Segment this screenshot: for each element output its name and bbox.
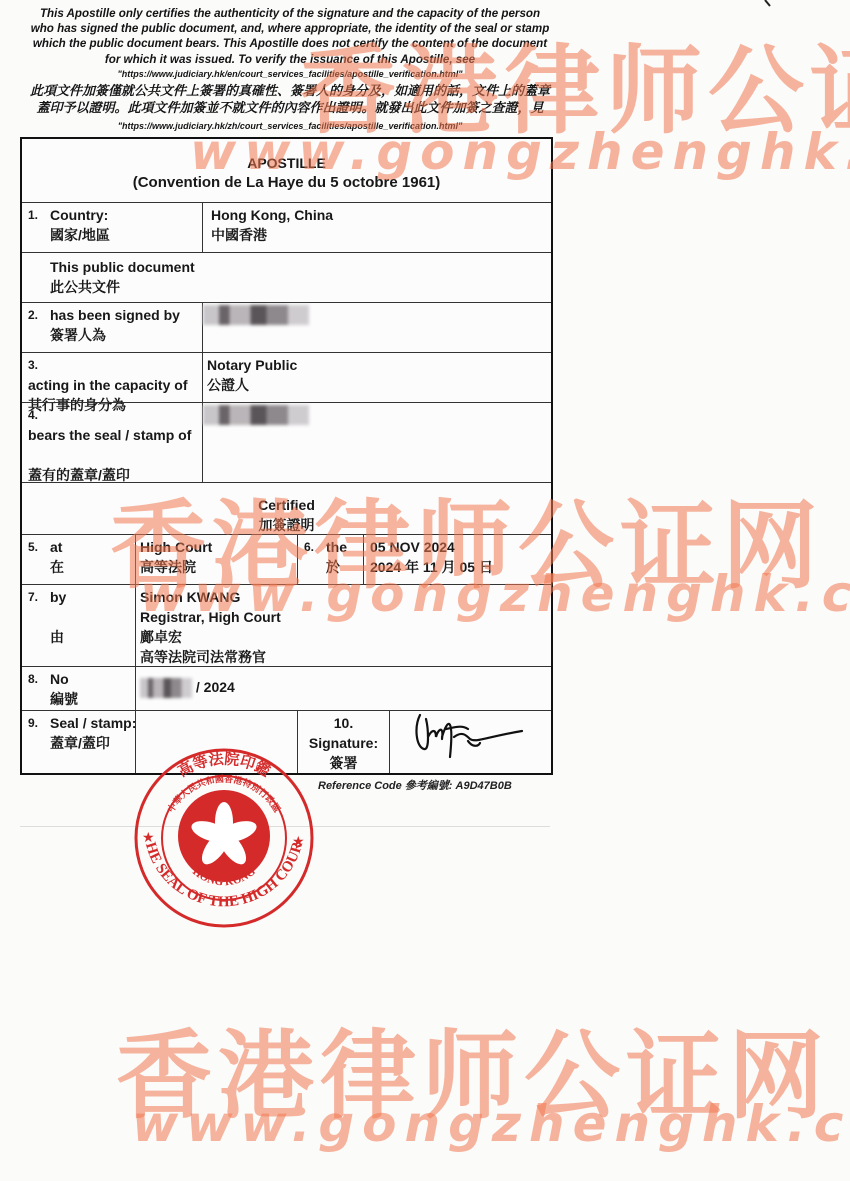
- date-value: 05 NOV 2024: [370, 537, 551, 557]
- number-year: / 2024: [196, 679, 235, 695]
- certified-label: Certified: [22, 495, 551, 515]
- at-label-zh: 在: [50, 557, 64, 577]
- high-court-seal-icon: 高等法院印鑑 中華人民共和國香港特別行政區 THE SEAL OF THE HI…: [126, 748, 322, 928]
- disclaimer: This Apostille only certifies the authen…: [30, 6, 550, 135]
- header-row: APOSTILLE (Convention de La Haye du 5 oc…: [22, 139, 551, 202]
- field-number: 8.: [28, 669, 50, 689]
- field-number: 9.: [28, 713, 50, 733]
- row-capacity: 3.acting in the capacity of其行事的身分為 Notar…: [22, 352, 551, 403]
- field-number: 4.: [28, 405, 50, 425]
- by-label-zh: 由: [50, 627, 66, 647]
- field-number: 10.: [334, 715, 353, 731]
- disclaimer-zh-url[interactable]: "https://www.judiciary.hk/zh/court_servi…: [118, 121, 462, 131]
- at-label: at: [50, 537, 64, 557]
- signature-icon: [406, 707, 526, 762]
- row-seal-of: 4.bears the seal / stamp of蓋有的蓋章/蓋印: [22, 402, 551, 483]
- stray-mark-icon: [764, 0, 772, 8]
- registrar-name-zh: 鄺卓宏: [140, 627, 551, 647]
- field-number: 7.: [28, 587, 50, 607]
- watermark-cn-bottom: 香港律师公证网: [116, 1000, 830, 1137]
- row-number: 8.No編號 / 2024: [22, 666, 551, 711]
- capacity-label: acting in the capacity of: [28, 375, 187, 395]
- signer-name-redacted: [203, 305, 309, 325]
- row-at-date: 5.at在 High Court 高等法院 6.the於 05 NOV 2024…: [22, 534, 551, 585]
- watermark-url-bottom: www.gongzhenghk.com: [132, 1095, 850, 1153]
- svg-text:★: ★: [292, 833, 305, 849]
- signed-by-label: has been signed by: [50, 305, 180, 325]
- the-label-zh: 於: [326, 557, 347, 577]
- disclaimer-en-url[interactable]: "https://www.judiciary.hk/en/court_servi…: [30, 67, 550, 82]
- registrar-title: Registrar, High Court: [140, 607, 551, 627]
- svg-text:★: ★: [142, 829, 155, 845]
- at-value: High Court: [140, 537, 297, 557]
- at-value-zh: 高等法院: [140, 557, 297, 577]
- registrar-title-zh: 高等法院司法常務官: [140, 647, 551, 667]
- row-country: 1.Country:國家/地區 Hong Kong, China 中國香港: [22, 202, 551, 253]
- by-label: by: [50, 587, 66, 607]
- country-value: Hong Kong, China: [211, 205, 551, 225]
- apostille-subtitle: (Convention de La Haye du 5 octobre 1961…: [22, 173, 551, 193]
- seal-stamp-label-zh: 蓋章/蓋印: [50, 733, 136, 753]
- field-number: 5.: [28, 537, 50, 557]
- field-number: 2.: [28, 305, 50, 325]
- capacity-value-zh: 公證人: [207, 375, 551, 395]
- seal-stamp-label: Seal / stamp:: [50, 713, 136, 733]
- date-value-zh: 2024 年 11 月 05 日: [370, 557, 551, 577]
- row-certified: Certified 加簽證明: [22, 482, 551, 535]
- row-signed-by: 2.has been signed by簽署人為: [22, 302, 551, 353]
- seal-owner-redacted: [203, 405, 309, 425]
- public-document-label-zh: 此公共文件: [50, 277, 551, 297]
- seal-of-label: bears the seal / stamp of: [28, 425, 191, 445]
- apostille-certificate: APOSTILLE (Convention de La Haye du 5 oc…: [20, 137, 553, 775]
- the-label: the: [326, 537, 347, 557]
- field-number: 1.: [28, 205, 50, 225]
- disclaimer-zh: 此項文件加簽僅就公共文件上簽署的真確性、簽署人的身分及，如適用的話，文件上的蓋章…: [30, 83, 550, 115]
- country-label: Country:: [50, 205, 110, 225]
- row-by: 7.by由 Simon KWANG Registrar, High Court …: [22, 584, 551, 667]
- field-number: 6.: [304, 537, 326, 557]
- apostille-title: APOSTILLE: [22, 153, 551, 173]
- public-document-label: This public document: [50, 257, 551, 277]
- field-number: 3.: [28, 355, 50, 375]
- no-label-zh: 編號: [50, 689, 78, 709]
- number-redacted: [140, 678, 192, 698]
- row-public-document: This public document 此公共文件: [22, 252, 551, 303]
- capacity-value: Notary Public: [207, 355, 551, 375]
- disclaimer-en: This Apostille only certifies the authen…: [31, 7, 550, 66]
- country-value-zh: 中國香港: [211, 225, 551, 245]
- registrar-name: Simon KWANG: [140, 587, 551, 607]
- certified-label-zh: 加簽證明: [22, 515, 551, 535]
- reference-code: Reference Code 參考編號: A9D47B0B: [318, 777, 512, 793]
- signed-by-label-zh: 簽署人為: [50, 325, 180, 345]
- no-label: No: [50, 669, 78, 689]
- country-label-zh: 國家/地區: [50, 225, 110, 245]
